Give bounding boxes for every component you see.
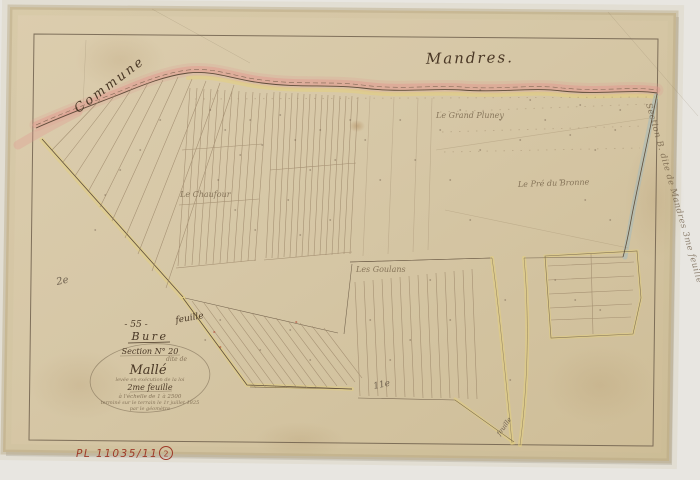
cartouche-subtitle-small: levée en exécution de la loi <box>116 376 185 383</box>
circled-number-digit: 2 <box>163 450 168 459</box>
cartouche-dite-de: dite de <box>166 356 187 363</box>
field-label-goulans: Les Goulans <box>355 265 406 274</box>
cartouche-scale-line: à l'échelle de 1 à 2500 <box>119 393 182 400</box>
label-adjacent-commune: Mandres. <box>425 48 514 68</box>
cartouche-sheet-line: 2me feuille <box>126 383 172 392</box>
cartouche-note-line1: terminé sur le terrain le 1r juillet 182… <box>101 399 200 406</box>
cartouche-commune-name: Bure <box>131 330 169 343</box>
paper-sheet <box>3 7 698 465</box>
field-label-chaufour: Le Chaufour <box>179 190 232 199</box>
cartouche-sheet-number: - 55 - <box>124 320 147 330</box>
archive-reference: PL 11035/11 2 <box>76 447 173 461</box>
cartouche-note-line2: par le géomètre <box>130 405 171 412</box>
reference-number-red: PL 11035/11 <box>76 448 158 460</box>
field-label-grand-pluney: Le Grand Pluney <box>435 111 504 120</box>
map-sheet-svg: Mandres. Commune Section B. dite de Mand… <box>0 0 700 480</box>
cartouche-section-line: Section N° 20 <box>122 347 179 356</box>
scanned-cadastral-map: Mandres. Commune Section B. dite de Mand… <box>0 0 700 480</box>
cartouche-section-name: Mallé <box>128 363 166 378</box>
